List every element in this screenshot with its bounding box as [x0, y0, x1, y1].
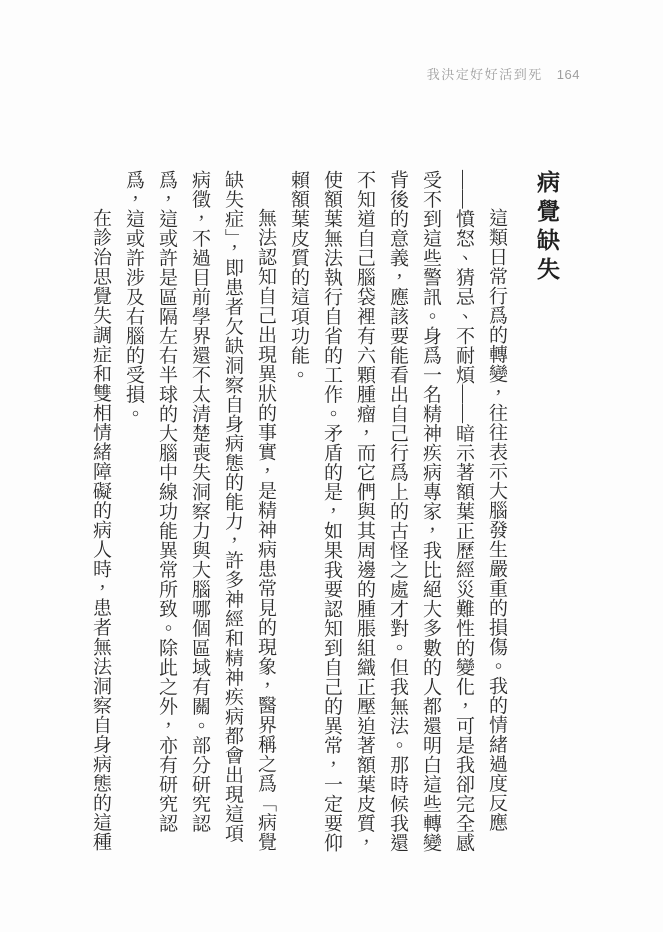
- chapter-title: 病覺缺失: [529, 170, 563, 858]
- book-page: 我決定好好活到死 164 病覺缺失 這類日常行爲的轉變，往往表示大腦發生嚴重的損…: [0, 0, 663, 932]
- running-header-book-title: 我決定好好活到死: [427, 64, 543, 83]
- running-header: 我決定好好活到死 164: [427, 64, 580, 83]
- article-body: 病覺缺失 這類日常行爲的轉變，往往表示大腦發生嚴重的損傷。我的情緒過度反應——憤…: [84, 170, 563, 858]
- page-number: 164: [557, 67, 580, 82]
- paragraph-2: 無法認知自己出現異狀的事實，是精神病患常見的現象，醫界稱之爲「病覺缺失症」，即患…: [117, 170, 282, 858]
- paragraph-3: 在診治思覺失調症和雙相情緒障礙的病人時，患者無法洞察自身病態的這種: [84, 170, 117, 858]
- paragraph-1: 這類日常行爲的轉變，往往表示大腦發生嚴重的損傷。我的情緒過度反應——憤怒、猜忌、…: [282, 170, 513, 858]
